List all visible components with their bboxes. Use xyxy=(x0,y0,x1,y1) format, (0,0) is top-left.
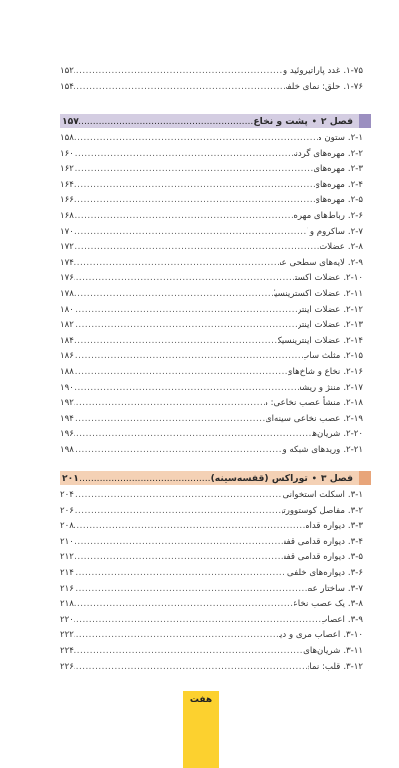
toc-entry[interactable]: ۲-۶.رباط‌های مهره‌ای: ناحیه کمری۱۶۸ xyxy=(60,209,363,225)
entry-title: عضلات اکسترینسیک پشت: لایه‌های بینابینی xyxy=(274,287,340,303)
entry-title: اعصاب مری و دیواره عقبی قفسه‌سینه xyxy=(279,628,340,644)
entry-page-number: ۱۶۲ xyxy=(60,162,74,178)
entry-number: ۲-۱۶. xyxy=(340,365,363,381)
toc-entry[interactable]: ۲-۵.مهره‌های کمری۱۶۶ xyxy=(60,193,363,209)
leader-dots xyxy=(74,147,295,163)
entry-page-number: ۲۰۶ xyxy=(60,504,74,520)
leader-dots xyxy=(74,225,307,241)
entry-number: ۲-۲. xyxy=(345,147,363,163)
toc-entry[interactable]: ۱-۷۵.غدد پاراتیروئید و تیروئید: نمای خلف… xyxy=(60,64,363,80)
entry-number: ۳-۵. xyxy=(345,550,363,566)
entry-title: مهره‌های کمری xyxy=(316,193,345,209)
leader-dots xyxy=(74,64,283,80)
leader-dots xyxy=(74,271,296,287)
toc-previous-chapter-tail: ۱-۷۵.غدد پاراتیروئید و تیروئید: نمای خلف… xyxy=(60,64,363,95)
leader-dots xyxy=(74,504,282,520)
entry-number: ۳-۷. xyxy=(345,582,363,598)
leader-dots xyxy=(74,519,306,535)
entry-title: مهره‌های گردنی؛ نمای فوقانی xyxy=(294,147,344,163)
entry-number: ۲-۶. xyxy=(345,209,363,225)
chapter-color-tab xyxy=(359,114,371,128)
leader-dots xyxy=(74,349,305,365)
toc-entry[interactable]: ۲-۸.عضلات پشت۱۷۲ xyxy=(60,240,363,256)
toc-entry[interactable]: ۳-۱۲.قلب: نمای قدامی۲۲۶ xyxy=(60,660,363,676)
leader-dots xyxy=(74,131,320,147)
entry-page-number: ۱۸۲ xyxy=(60,318,74,334)
entry-number: ۲-۱۷. xyxy=(340,381,363,397)
entry-page-number: ۱۷۴ xyxy=(60,256,74,272)
entry-page-number: ۲۲۶ xyxy=(60,660,74,676)
entry-page-number: ۱۷۲ xyxy=(60,240,74,256)
toc-entry[interactable]: ۳-۹.اعصاب قلب۲۲۰ xyxy=(60,613,363,629)
entry-number: ۳-۱. xyxy=(345,488,363,504)
toc-entry[interactable]: ۲-۲۱.وریدهای شبکه وریدی مهره‌ای و نخاع۱۹… xyxy=(60,443,363,459)
toc-entry[interactable]: ۳-۶.دیواره‌های خلفی و طرفی قفسه‌سینه۲۱۴ xyxy=(60,566,363,582)
chapter-title: پشت و نخاع xyxy=(253,116,307,127)
entry-title: شریان‌های بین‌دنده‌ای xyxy=(303,644,340,660)
entry-number: ۲-۲۱. xyxy=(340,443,363,459)
toc-entry[interactable]: ۲-۱۹.عصب نخاعی سینه‌ای و ارتباطات آن با … xyxy=(60,412,363,428)
leader-dots xyxy=(74,628,279,644)
leader-dots xyxy=(74,365,288,381)
toc-entry[interactable]: ۲-۱۶.نخاع و شاخ‌های قدامی (شکمی)۱۸۸ xyxy=(60,365,363,381)
entry-page-number: ۱۸۴ xyxy=(60,334,74,350)
chapter-title: توراکس (قفسه‌سینه) xyxy=(211,473,308,484)
entry-title: اعصاب قلب xyxy=(322,613,345,629)
entry-title: نخاع و شاخ‌های قدامی (شکمی) xyxy=(288,365,340,381)
entry-page-number: ۱۸۰ xyxy=(60,303,74,319)
chapter-header[interactable]: فصل ۲ • پشت و نخاع ۱۵۷ xyxy=(60,114,363,128)
chapter-color-tab xyxy=(359,471,371,485)
entry-title: عضلات اینترینسیک پشت xyxy=(298,303,340,319)
entry-number: ۳-۸. xyxy=(345,597,363,613)
entry-title: دیواره قدامی قفسه‌سینه: نمای درونی xyxy=(284,550,345,566)
entry-title: عضلات اینترینسیک پشت xyxy=(298,318,340,334)
leader-dots xyxy=(74,566,286,582)
entry-page-number: ۱۸۸ xyxy=(60,365,74,381)
leader-dots xyxy=(74,427,312,443)
page-folio-tab: هفت xyxy=(183,691,219,768)
leader-dots xyxy=(74,240,320,256)
entry-number: ۲-۱۹. xyxy=(340,412,363,428)
leader-dots xyxy=(74,303,298,319)
toc-entry[interactable]: ۲-۱۳.عضلات اینترینسیک پشت۱۸۲ xyxy=(60,318,363,334)
entry-number: ۲-۵. xyxy=(345,193,363,209)
entry-number: ۲-۱۵. xyxy=(340,349,363,365)
entry-page-number: ۱۷۸ xyxy=(60,287,74,303)
toc-entry[interactable]: ۱-۷۶.حلق: نمای خلفی از حلق باز شده۱۵۴ xyxy=(60,80,363,96)
toc-entry[interactable]: ۲-۲.مهره‌های گردنی؛ نمای فوقانی۱۶۰ xyxy=(60,147,363,163)
entry-page-number: ۲۰۴ xyxy=(60,488,74,504)
entry-title: عضلات اکسترینسیک پشت xyxy=(295,271,340,287)
entry-page-number: ۱۹۶ xyxy=(60,427,74,443)
leader-dots xyxy=(74,412,266,428)
entry-number: ۳-۱۲. xyxy=(340,660,363,676)
toc-entry[interactable]: ۲-۱۲.عضلات اینترینسیک پشت۱۸۰ xyxy=(60,303,363,319)
entry-page-number: ۱۵۲ xyxy=(60,64,74,80)
chapter-label: فصل ۲ xyxy=(321,116,363,127)
entry-page-number: ۲۱۶ xyxy=(60,582,74,598)
entry-number: ۲-۱۴. xyxy=(340,334,363,350)
toc-entry[interactable]: ۳-۸.یک عصب نخاعی سینه‌ای تیپیک۲۱۸ xyxy=(60,597,363,613)
chapter-page-number: ۲۰۱ xyxy=(60,473,79,484)
entry-page-number: ۱۹۴ xyxy=(60,412,74,428)
entry-number: ۲-۱. xyxy=(345,131,363,147)
folio-label: هفت xyxy=(190,695,212,768)
leader-dots xyxy=(74,80,286,96)
entry-page-number: ۱۵۸ xyxy=(60,131,74,147)
entry-page-number: ۲۲۰ xyxy=(60,613,74,629)
bullet-icon: • xyxy=(308,474,321,483)
entry-page-number: ۲۱۲ xyxy=(60,550,74,566)
entry-number: ۲-۹. xyxy=(345,256,363,272)
toc-entry[interactable]: ۲-۱۰.عضلات اکسترینسیک پشت۱۷۶ xyxy=(60,271,363,287)
leader-dots xyxy=(74,193,316,209)
toc-chapter-2: فصل ۲ • پشت و نخاع ۱۵۷ ۲-۱.ستون مهره‌ها۱… xyxy=(60,114,363,458)
entry-page-number: ۲۱۴ xyxy=(60,566,74,582)
entry-number: ۱-۷۶. xyxy=(340,80,363,96)
entry-number: ۲-۱۱. xyxy=(340,287,363,303)
entry-page-number: ۱۷۶ xyxy=(60,271,74,287)
entry-number: ۲-۲۰. xyxy=(340,427,363,443)
entry-number: ۳-۶. xyxy=(345,566,363,582)
leader-dots xyxy=(74,613,322,629)
entry-number: ۲-۷. xyxy=(345,225,363,241)
entry-page-number: ۱۶۸ xyxy=(60,209,74,225)
toc-entry[interactable]: ۳-۱۰.اعصاب مری و دیواره عقبی قفسه‌سینه۲۲… xyxy=(60,628,363,644)
leader-dots xyxy=(74,162,314,178)
toc-entry[interactable]: ۲-۱۴.عضلات اینترینسیک پشت: لایه‌های عمقی… xyxy=(60,334,363,350)
entry-number: ۳-۳. xyxy=(345,519,363,535)
entry-number: ۳-۴. xyxy=(345,535,363,551)
chapter-page-number: ۱۵۷ xyxy=(60,116,79,127)
entry-title: ساکروم و کوکسیکس xyxy=(307,225,345,241)
leader-dots xyxy=(74,318,298,334)
entry-page-number: ۱۶۰ xyxy=(60,147,74,163)
leader-dots xyxy=(74,209,294,225)
entry-number: ۲-۱۳. xyxy=(340,318,363,334)
chapter-entries: ۳-۱.اسکلت استخوانی توراکس؛ نمای قدامی۲۰۴… xyxy=(60,488,363,675)
toc-entry[interactable]: ۲-۱۱.عضلات اکسترینسیک پشت: لایه‌های بینا… xyxy=(60,287,363,303)
leader-dots xyxy=(74,256,280,272)
toc-entry[interactable]: ۳-۱.اسکلت استخوانی توراکس؛ نمای قدامی۲۰۴ xyxy=(60,488,363,504)
leader-dots xyxy=(74,550,284,566)
toc-entry[interactable]: ۳-۵.دیواره قدامی قفسه‌سینه: نمای درونی۲۱… xyxy=(60,550,363,566)
toc-entry[interactable]: ۳-۲.مفاصل کوستوورتبرال؛ نمای طرفی چپ۲۰۶ xyxy=(60,504,363,520)
entry-title: مهره‌های کمری xyxy=(316,178,345,194)
entry-title: عصب نخاعی سینه‌ای و ارتباطات آن با تنه س… xyxy=(266,412,341,428)
entry-number: ۲-۳. xyxy=(345,162,363,178)
toc-entry[interactable]: ۲-۷.ساکروم و کوکسیکس۱۷۰ xyxy=(60,225,363,241)
entry-number: ۲-۸. xyxy=(345,240,363,256)
entry-title: مثلث ساب‌اکسیپیتال xyxy=(304,349,340,365)
entry-title: قلب: نمای قدامی xyxy=(308,660,340,676)
toc-entry[interactable]: ۲-۳.مهره‌های سینه‌ای۱۶۲ xyxy=(60,162,363,178)
entry-number: ۲-۱۰. xyxy=(340,271,363,287)
entry-title: ساختار عضلانی مری xyxy=(308,582,345,598)
leader-dots xyxy=(74,381,301,397)
entry-page-number: ۱۶۶ xyxy=(60,193,74,209)
chapter-label: فصل ۳ xyxy=(321,473,363,484)
leader-dots xyxy=(74,287,274,303)
toc-entry[interactable]: ۲-۱۸.منشأ عصب نخاعی: مقطع عرضی از ناحیه … xyxy=(60,396,363,412)
toc-entry[interactable]: ۲-۱.ستون مهره‌ها۱۵۸ xyxy=(60,131,363,147)
entry-title: مفاصل کوستوورتبرال؛ نمای طرفی چپ xyxy=(282,504,345,520)
leader-dots xyxy=(74,597,294,613)
entry-title: منشأ عصب نخاعی: مقطع عرضی از ناحیه سینه‌… xyxy=(266,396,340,412)
toc-entry[interactable]: ۳-۳.دیواره قدامی توراکس۲۰۸ xyxy=(60,519,363,535)
entry-title: یک عصب نخاعی سینه‌ای تیپیک xyxy=(294,597,345,613)
chapter-header[interactable]: فصل ۳ • توراکس (قفسه‌سینه) ۲۰۱ xyxy=(60,471,363,485)
leader-dots xyxy=(79,473,211,484)
entry-number: ۳-۲. xyxy=(345,504,363,520)
leader-dots xyxy=(74,396,267,412)
entry-number: ۱-۷۵. xyxy=(340,64,363,80)
entry-page-number: ۱۹۰ xyxy=(60,381,74,397)
toc-chapter-3: فصل ۳ • توراکس (قفسه‌سینه) ۲۰۱ ۳-۱.اسکلت… xyxy=(60,471,363,675)
leader-dots xyxy=(74,488,282,504)
leader-dots xyxy=(79,116,254,127)
entry-number: ۲-۴. xyxy=(345,178,363,194)
entry-number: ۲-۱۲. xyxy=(340,303,363,319)
leader-dots xyxy=(74,178,316,194)
entry-title: دیواره قدامی قفسه‌سینه: نمای درونی xyxy=(284,535,345,551)
entry-page-number: ۲۲۴ xyxy=(60,644,74,660)
leader-dots xyxy=(74,660,309,676)
toc-entry[interactable]: ۲-۱۷.مننژ و ریشه‌های عصبی۱۹۰ xyxy=(60,381,363,397)
entry-page-number: ۱۷۰ xyxy=(60,225,74,241)
leader-dots xyxy=(74,535,284,551)
toc-entry[interactable]: ۲-۲۰.شریان‌های نخاع۱۹۶ xyxy=(60,427,363,443)
entry-page-number: ۲۱۰ xyxy=(60,535,74,551)
toc-entry[interactable]: ۲-۹.لایه‌های سطحی عضلات اینترینسیک پشت۱۷… xyxy=(60,256,363,272)
entry-page-number: ۱۵۴ xyxy=(60,80,74,96)
bullet-icon: • xyxy=(308,117,321,126)
chapter-entries: ۲-۱.ستون مهره‌ها۱۵۸۲-۲.مهره‌های گردنی؛ ن… xyxy=(60,131,363,458)
entry-page-number: ۲۲۲ xyxy=(60,628,74,644)
leader-dots xyxy=(74,443,282,459)
leader-dots xyxy=(74,334,278,350)
toc-entry[interactable]: ۳-۴.دیواره قدامی قفسه‌سینه: نمای درونی۲۱… xyxy=(60,535,363,551)
entry-page-number: ۱۹۸ xyxy=(60,443,74,459)
entry-page-number: ۱۶۴ xyxy=(60,178,74,194)
toc-entry[interactable]: ۲-۱۵.مثلث ساب‌اکسیپیتال۱۸۶ xyxy=(60,349,363,365)
leader-dots xyxy=(74,644,303,660)
entry-title: لایه‌های سطحی عضلات اینترینسیک پشت xyxy=(280,256,345,272)
entry-page-number: ۲۰۸ xyxy=(60,519,74,535)
toc-entry[interactable]: ۲-۴.مهره‌های کمری۱۶۴ xyxy=(60,178,363,194)
entry-page-number: ۱۹۲ xyxy=(60,396,74,412)
entry-title: دیواره قدامی توراکس xyxy=(306,519,345,535)
entry-title: وریدهای شبکه وریدی مهره‌ای و نخاع xyxy=(282,443,340,459)
toc-entry[interactable]: ۳-۱۱.شریان‌های بین‌دنده‌ای۲۲۴ xyxy=(60,644,363,660)
entry-title: شریان‌های نخاع xyxy=(312,427,340,443)
entry-number: ۳-۹. xyxy=(345,613,363,629)
entry-title: رباط‌های مهره‌ای: ناحیه کمری xyxy=(294,209,345,225)
toc-page: ۱-۷۵.غدد پاراتیروئید و تیروئید: نمای خلف… xyxy=(0,0,399,768)
leader-dots xyxy=(74,582,308,598)
entry-title: عضلات اینترینسیک پشت: لایه‌های عمقی xyxy=(278,334,341,350)
entry-page-number: ۲۱۸ xyxy=(60,597,74,613)
entry-title: مننژ و ریشه‌های عصبی xyxy=(300,381,340,397)
entry-title: دیواره‌های خلفی و طرفی قفسه‌سینه xyxy=(285,566,345,582)
entry-title: مهره‌های سینه‌ای xyxy=(314,162,345,178)
entry-title: ستون مهره‌ها xyxy=(319,131,344,147)
entry-title: اسکلت استخوانی توراکس؛ نمای قدامی xyxy=(282,488,345,504)
entry-title: عضلات پشت xyxy=(320,240,345,256)
entry-number: ۲-۱۸. xyxy=(340,396,363,412)
entry-page-number: ۱۸۶ xyxy=(60,349,74,365)
toc-entry[interactable]: ۳-۷.ساختار عضلانی مری۲۱۶ xyxy=(60,582,363,598)
entry-number: ۳-۱۱. xyxy=(340,644,363,660)
entry-number: ۳-۱۰. xyxy=(340,628,363,644)
entry-title: غدد پاراتیروئید و تیروئید: نمای خلفی xyxy=(283,64,341,80)
entry-title: حلق: نمای خلفی از حلق باز شده xyxy=(286,80,340,96)
